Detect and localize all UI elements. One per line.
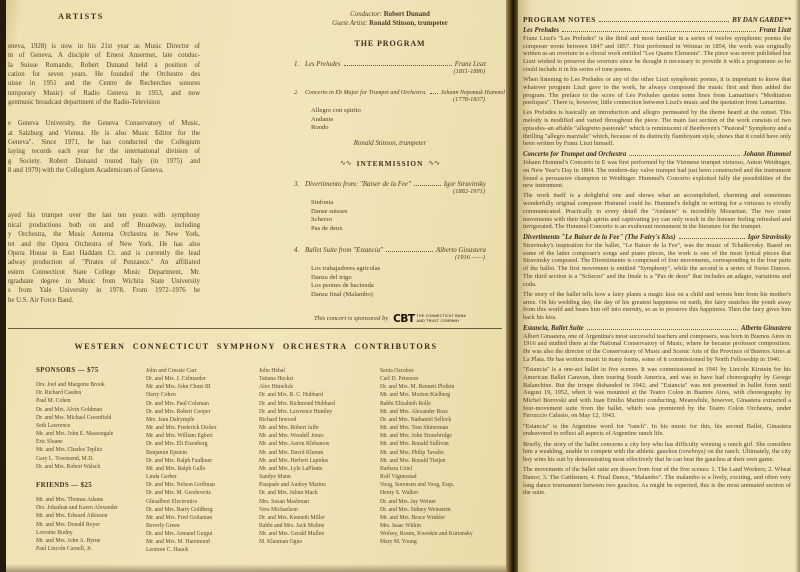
note-paragraph: "Estancia" is a one-act ballet in five s… bbox=[523, 366, 791, 420]
contributors-title: WESTERN CONNECTICUT SYMPHONY ORCHESTRA C… bbox=[6, 342, 506, 351]
conductor-name: Robert Dunand bbox=[384, 11, 430, 18]
item-4-movements: Los trabajadores agricolasDanza del trig… bbox=[311, 265, 486, 299]
note-paragraph: When listening to Les Preludes or any of… bbox=[523, 76, 791, 107]
contributor-name: Mr. and Mrs. Wendell Jones bbox=[259, 432, 371, 440]
item-title: Divertimento from: "Baiser de la Fee" bbox=[305, 181, 411, 188]
contributor-name: Mr. and Mrs. Fred Goitanian bbox=[146, 514, 250, 522]
item-composer: Franz Liszt bbox=[455, 61, 486, 68]
program-notes-title: PROGRAM NOTES bbox=[523, 15, 596, 24]
contributor-name: Harry Cohen bbox=[146, 391, 250, 399]
intermission-label: INTERMISSION bbox=[357, 159, 424, 168]
contributor-name: John and Cressie Carr bbox=[146, 367, 250, 375]
contributor-name: Rolf Vigmostad bbox=[380, 473, 508, 481]
item-composer: Alberto Ginastera bbox=[436, 247, 486, 254]
dotted-leader bbox=[679, 238, 745, 239]
dotted-leader bbox=[414, 185, 441, 186]
artists-text-line: at Salzburg and Vienna. He is also Music… bbox=[8, 129, 200, 138]
item-3-movements: SinfoniaDanse suissesScherzoPas de deux bbox=[311, 199, 486, 233]
note-paragraph: Johann Hummel's Concerto in E was first … bbox=[523, 159, 791, 190]
artists-text-line: tet and the Opera Orchestra of New York.… bbox=[8, 240, 200, 249]
artists-text-line: cation for seven years. He founded the O… bbox=[8, 70, 200, 79]
artists-text-line: Opera House in East Haddam Ct. and is cu… bbox=[8, 249, 200, 258]
program-notes-header: PROGRAM NOTES BY DAN GARDE** bbox=[523, 15, 791, 24]
contributor-name: Sandye Mann bbox=[259, 473, 371, 481]
intermission-line: ∿∿ INTERMISSION ∿∿ bbox=[294, 159, 486, 168]
note-paragraph: Les Preludes is basically an introductio… bbox=[523, 109, 791, 148]
contributor-name: Rabbi Elizabeth Rolle bbox=[380, 400, 508, 408]
contributor-name: Leonore C. Hauck bbox=[146, 546, 250, 554]
dotted-leader bbox=[629, 155, 740, 156]
contributor-name: Richard Inwood bbox=[259, 416, 371, 424]
note-paragraphs: Albert Ginastera, one of Argentina's mos… bbox=[523, 333, 791, 497]
dotted-leader bbox=[562, 31, 756, 32]
composer-dates: (1916 ——) bbox=[294, 254, 486, 263]
movement-line: Scherzo bbox=[311, 216, 486, 225]
contributor-name: Dr. and Mrs. Nelson Goffman bbox=[146, 481, 250, 489]
sponsors-list: Drs. Joel and Margorie BrookDr. Richard … bbox=[36, 381, 137, 471]
contributor-name: Dr. and Mrs. Kenneth Miller bbox=[259, 514, 371, 522]
contributor-name: Dr. and Mrs. Sidney Weinstein bbox=[380, 506, 508, 514]
artists-paragraph-3: ayed his trumpet over the last ten years… bbox=[6, 211, 200, 304]
program-item-3: 3. Divertimento from: "Baiser de la Fee"… bbox=[294, 181, 486, 188]
artists-section: ARTISTS eneva, 1928) is now in his 21st … bbox=[6, 12, 200, 305]
note-paragraph: Franz Liszt's "Les Preludes" is the thir… bbox=[523, 35, 791, 74]
contributor-name: Benjamin Epstein bbox=[146, 449, 250, 457]
contributor-name: Mr. and Mrs. John Strawbridge bbox=[380, 432, 508, 440]
contributor-name: Mr. and Mrs. David Klemm bbox=[259, 449, 371, 457]
dotted-leader bbox=[599, 21, 729, 22]
note-heading-row: Estancia, Ballet Suite Alberto Ginastera bbox=[523, 325, 791, 332]
cbt-logo-subtext-line: AND TRUST COMPANY bbox=[417, 319, 467, 323]
program-notes-section: PROGRAM NOTES BY DAN GARDE** Les Prelude… bbox=[518, 0, 800, 572]
movement-line: Los trabajadores agricolas bbox=[311, 265, 486, 274]
item-number: 4. bbox=[294, 247, 305, 254]
contributor-name: Drs. Joel and Margorie Brook bbox=[36, 381, 137, 389]
flourish-icon: ∿∿ bbox=[340, 159, 352, 167]
note-heading-row: Divertimento "Le Baiser de la Fee" (The … bbox=[523, 234, 791, 241]
contributor-name: Dr. and Mrs. Armand Guigui bbox=[146, 530, 250, 538]
contributor-name: Pasquale and Audrey Marino bbox=[259, 481, 371, 489]
composer-dates: (1778-1837) bbox=[294, 96, 486, 105]
item-composer: Johann Nepomuk Hummel bbox=[441, 90, 505, 96]
contributor-name: Ghisalbert Electronics bbox=[146, 498, 250, 506]
movement-line: Danse suisses bbox=[311, 208, 486, 217]
program-item-1: 1. Les Preludes Franz Liszt bbox=[294, 61, 486, 68]
contributor-name: Mr. and Mrs. Gerald Mullen bbox=[259, 530, 371, 538]
soloist-line: Ronald Stinson, trumpeter bbox=[294, 140, 486, 147]
contributor-name: Dr. and Mrs. M. Bennett Plotkin bbox=[380, 383, 508, 391]
contributor-name: Eric Sloane bbox=[36, 438, 137, 446]
friends-heading: FRIENDS — $25 bbox=[36, 482, 137, 490]
contributor-name: Paul Lincoln Carnell, Jr. bbox=[36, 545, 137, 553]
note-paragraph: Stravinsky's inspiration for the ballet,… bbox=[523, 242, 791, 288]
note-section-divertimento: Divertimento "Le Baiser de la Fee" (The … bbox=[523, 234, 791, 322]
guest-artist-line: Guest Artist: Ronald Stinson, trumpeter bbox=[294, 19, 486, 28]
friends-list: Mr. and Mrs. Thomas AdamsDrs. Johathan a… bbox=[36, 496, 137, 553]
contributors-column-4: Senta OzrubosCarl D. PetersonDr. and Mrs… bbox=[380, 367, 508, 555]
sponsor-text: This concert is sponsored by bbox=[314, 315, 388, 322]
program-title: THE PROGRAM bbox=[294, 39, 486, 48]
item-title: Les Preludes bbox=[305, 61, 341, 68]
contributor-name: Dr. and Mrs. Alvin Goldman bbox=[36, 406, 137, 414]
item-title: Ballet Suite from "Estancia" bbox=[305, 247, 383, 254]
note-section-les-preludes: Les Preludes Franz Liszt Franz Liszt's "… bbox=[523, 27, 791, 148]
movement-line: Pas de deux bbox=[311, 225, 486, 234]
contributor-name: Mr. and Mrs. Bruce Winkler bbox=[380, 514, 508, 522]
contributor-name: Mr. and Mrs. Edward Atkinson bbox=[36, 512, 137, 520]
cbt-logo-icon: CBT bbox=[393, 313, 414, 325]
note-heading: Estancia, Ballet Suite bbox=[523, 325, 584, 332]
note-composer: Igor Stravinsky bbox=[748, 234, 791, 241]
contributor-name: Dr. and Mrs. Lawrence Huntley bbox=[259, 408, 371, 416]
contributor-name: Dr. Richard Casden bbox=[36, 389, 137, 397]
movement-line: Danza del trigo bbox=[311, 274, 486, 283]
contributor-name: Mr. and Mrs. Donald Royer bbox=[36, 521, 137, 529]
contributor-name: Dr. and Mrs. Eli Eisenberg bbox=[146, 440, 250, 448]
movement-line: Allegro con spirito bbox=[311, 107, 486, 116]
contributor-name: Mary M. Young bbox=[380, 538, 508, 546]
artists-text-line: rgraduate degree in Music from Wichita S… bbox=[8, 277, 200, 286]
left-page: ARTISTS eneva, 1928) is now in his 21st … bbox=[6, 0, 506, 572]
contributor-name: Dr. and Mrs. Michael Greenfield bbox=[36, 414, 137, 422]
contributor-name: Tatiana Heckst bbox=[259, 375, 371, 383]
contributor-name: Mr. and Mrs. Ronald Tietjen bbox=[380, 457, 508, 465]
contributor-name: Wofsey, Rosen, Kweskin and Kuriansky bbox=[380, 530, 508, 538]
guest-artist-name: Ronald Stinson, trumpeter bbox=[369, 20, 448, 27]
contributor-name: Mr. and Mrs. Charles Teplitz bbox=[36, 446, 137, 454]
contributor-name: Mr. and Mrs. Lyle LaPlante bbox=[259, 465, 371, 473]
movement-line: Rondo bbox=[311, 124, 486, 133]
contributor-name: Vera Michaelson bbox=[259, 506, 371, 514]
contributor-name: Dr. and Mrs. Paul Coleman bbox=[146, 400, 250, 408]
guest-artist-label: Guest Artist: bbox=[332, 20, 367, 27]
contributor-name: Dr. and Mrs. Jay Weiner bbox=[380, 498, 508, 506]
artists-text-line: genmusic broadcast department of the Rad… bbox=[8, 98, 200, 107]
artists-text-line: s from Yale University in 1978. From 197… bbox=[8, 286, 200, 295]
artists-text-line: g Society. Robert Dunand toured Italy (i… bbox=[8, 157, 200, 166]
contributor-name: Gary L. Townsend, M.D. bbox=[36, 455, 137, 463]
contributor-name: Seth Lawrence bbox=[36, 422, 137, 430]
contributor-name: Mr. and Mrs. John A. Byrne bbox=[36, 537, 137, 545]
contributor-name: Beverly Green bbox=[146, 522, 250, 530]
contributor-name: Mr. and Mrs. John Chute III bbox=[146, 383, 250, 391]
note-heading: Divertimento "Le Baiser de la Fee" (The … bbox=[523, 234, 676, 241]
contributors-columns: SPONSORS — $75 Drs. Joel and Margorie Br… bbox=[36, 367, 508, 555]
contributors-column-1: SPONSORS — $75 Drs. Joel and Margorie Br… bbox=[36, 367, 137, 555]
composer-dates: (1811-1886) bbox=[294, 68, 486, 77]
contributor-name: Mr. and Mrs. Alexander Ross bbox=[380, 408, 508, 416]
artists-text-line: e Geneva University, the Geneva Conserva… bbox=[8, 119, 200, 128]
cbt-logo-subtext: THE CONNECTICUT BANKAND TRUST COMPANY bbox=[417, 314, 467, 322]
contributor-name: Dr. and Mrs. R. C. Hubbard bbox=[259, 391, 371, 399]
contributor-name: Carl D. Peterson bbox=[380, 375, 508, 383]
contributor-name: Mr. and Mrs. Thomas Adams bbox=[36, 496, 137, 504]
composer-dates: (1882-1971) bbox=[294, 188, 486, 197]
contributor-name: Mr. and Mrs. Tom Shinerman bbox=[380, 424, 508, 432]
artists-paragraph-2: e Geneva University, the Geneva Conserva… bbox=[6, 119, 200, 175]
contributor-name: Linda Gerber bbox=[146, 473, 250, 481]
cbt-bank-logo: CBT THE CONNECTICUT BANKAND TRUST COMPAN… bbox=[393, 313, 466, 325]
note-heading-row: Les Preludes Franz Liszt bbox=[523, 27, 791, 34]
conductor-line: Conductor: Robert Dunand bbox=[294, 10, 486, 19]
flourish-icon: ∿∿ bbox=[428, 159, 440, 167]
note-paragraph: The movements of the ballet suite are dr… bbox=[523, 466, 791, 497]
note-composer: Alberto Ginastera bbox=[741, 325, 791, 332]
movement-line: Sinfonia bbox=[311, 199, 486, 208]
contributor-name: Dr. and Mrs. Robert Walsch bbox=[36, 463, 137, 471]
artists-text-line: uisse in 1951 and the Centre de Recherch… bbox=[8, 79, 200, 88]
contributor-name: Dr. and Mrs. M. Gershowitz bbox=[146, 489, 250, 497]
program-item-2: 2. Concerto in Eb Major for Trumpet and … bbox=[294, 90, 486, 96]
contributor-name: Mr. and Mrs. Aaron Klebanow bbox=[259, 440, 371, 448]
program-item-4: 4. Ballet Suite from "Estancia" Alberto … bbox=[294, 247, 486, 254]
note-paragraph: "Estancia" is the Argentine word for "ra… bbox=[523, 423, 791, 438]
contributor-name: Senta Ozrubos bbox=[380, 367, 508, 375]
artists-text-line: y Orchestra, the Music Aeterna Orchestra… bbox=[8, 230, 200, 239]
artists-text-line: laying records each year for the interna… bbox=[8, 147, 200, 156]
item-number: 2. bbox=[294, 90, 305, 96]
contributor-name: Mr. and Mrs. Herbert Lapidus bbox=[259, 457, 371, 465]
item-2-movements: Allegro con spiritoAndanteRondo bbox=[311, 107, 486, 133]
contributors-column-2: John and Cressie CarrDr. and Mrs. J. Cel… bbox=[146, 367, 250, 555]
contributor-name: Rabbi and Mrs. Jack Moline bbox=[259, 522, 371, 530]
artists-text-line: eneva, 1928) is now in his 21st year as … bbox=[8, 42, 200, 51]
conductor-label: Conductor: bbox=[350, 11, 382, 18]
contributor-name: Lorraine Budny bbox=[36, 529, 137, 537]
contributor-name: Mr. and Mrs. Robert Jaffe bbox=[259, 424, 371, 432]
contributor-name: Dr. and Mrs. Nathaniel Selleck bbox=[380, 416, 508, 424]
dotted-leader bbox=[587, 329, 738, 330]
program-section: Conductor: Robert Dunand Guest Artist: R… bbox=[294, 10, 486, 325]
contributor-name: Alex Himelick bbox=[259, 383, 371, 391]
contributor-name: Voog, Sorensen and Voog, Esqs. bbox=[380, 481, 508, 489]
page-gutter-shadow bbox=[506, 0, 518, 572]
contributor-name: Dr. and Mrs. Ralph Faulkner bbox=[146, 457, 250, 465]
contributor-name: Mr. and Mrs. Ronald Sullivan bbox=[380, 440, 508, 448]
contributor-name: Barbara Uziel bbox=[380, 465, 508, 473]
note-paragraph: Briefly, the story of the ballet concern… bbox=[523, 441, 791, 464]
contributor-name: Dr. and Mrs. J. Celmarder bbox=[146, 375, 250, 383]
item-number: 1. bbox=[294, 61, 305, 68]
movement-line: Danza final (Malambo) bbox=[311, 291, 486, 300]
contributor-name: Henry S. Walker bbox=[380, 489, 508, 497]
contributor-name: Mr. and Mrs. Morton Kielberg bbox=[380, 391, 508, 399]
contributor-name: Mrs. Susan Mashman bbox=[259, 498, 371, 506]
contributor-name: Dr. and Mrs. Robert Cooper bbox=[146, 408, 250, 416]
artists-title: ARTISTS bbox=[58, 12, 200, 21]
dotted-leader bbox=[386, 251, 433, 252]
artists-text-line: adway production of "Pirates of Penzance… bbox=[8, 258, 200, 267]
note-heading: Concerto for Trumpet and Orchestra bbox=[523, 151, 626, 158]
contributor-name: Dr. and Mrs. Barry Goldberg bbox=[146, 506, 250, 514]
artists-text-line: la Suisse Romande, Robert Dunand held a … bbox=[8, 61, 200, 70]
sponsors-heading: SPONSORS — $75 bbox=[36, 367, 137, 375]
note-section-estancia: Estancia, Ballet Suite Alberto Ginastera… bbox=[523, 325, 791, 497]
note-composer: Johann Hummel bbox=[743, 151, 791, 158]
item-number: 3. bbox=[294, 181, 305, 188]
item-composer: Igor Stravinsky bbox=[444, 181, 486, 188]
note-paragraph: The work itself is a delightful one and … bbox=[523, 192, 791, 231]
contributor-name: Drs. Johathan and Karen Alexander bbox=[36, 504, 137, 512]
contributor-name: Mrs. Jean Dalrymple bbox=[146, 416, 250, 424]
contributor-name: Mr. and Mrs. Frederick Dicker bbox=[146, 424, 250, 432]
note-heading-row: Concerto for Trumpet and Orchestra Johan… bbox=[523, 151, 791, 158]
movement-line: Los peones de hacienda bbox=[311, 282, 486, 291]
contributor-name: M. Klauman Ogno bbox=[259, 538, 371, 546]
artists-text-line: 8 and 1979) with the Collegium Academicu… bbox=[8, 166, 200, 175]
artists-text-line: m of Geneva. A disciple of Ernest Anserm… bbox=[8, 51, 200, 60]
dotted-leader bbox=[344, 65, 452, 66]
contributor-name: Mr. and Mrs. William Egbert bbox=[146, 432, 250, 440]
contributor-name: Mr. and Mrs. M. Hammond bbox=[146, 538, 250, 546]
contributors-column-3: John HebalTatiana HeckstAlex HimelickDr.… bbox=[259, 367, 371, 555]
contributor-name: John Hebal bbox=[259, 367, 371, 375]
contributor-name: Paul M. Cohen bbox=[36, 397, 137, 405]
note-paragraphs: Stravinsky's inspiration for the ballet,… bbox=[523, 242, 791, 322]
artists-text-line: temporary Music) of Radio Geneva in 1953… bbox=[8, 89, 200, 98]
note-paragraph: The story of the ballet tells how a fair… bbox=[523, 291, 791, 322]
note-paragraphs: Franz Liszt's "Les Preludes" is the thir… bbox=[523, 35, 791, 148]
contributor-name: Mr. and Mrs. Ralph Gallo bbox=[146, 465, 250, 473]
artists-text-line: he U.S. Air Force Band. bbox=[8, 296, 200, 305]
right-page: PROGRAM NOTES BY DAN GARDE** Les Prelude… bbox=[518, 0, 800, 572]
contributor-name: Mr. and Mrs. Philip Tavalin bbox=[380, 449, 508, 457]
artists-text-line: ayed his trumpet over the last ten years… bbox=[8, 211, 200, 220]
artists-text-line: estern Connecticut State College Music D… bbox=[8, 268, 200, 277]
divider-rule bbox=[8, 328, 502, 329]
artists-text-line: nical productions both on and off Broadw… bbox=[8, 221, 200, 230]
contributor-name: Dr. and Mrs. Julian Mack bbox=[259, 489, 371, 497]
note-section-trumpet-concerto: Concerto for Trumpet and Orchestra Johan… bbox=[523, 151, 791, 231]
note-paragraphs: Johann Hummel's Concerto in E was first … bbox=[523, 159, 791, 231]
contributor-name: Mrs. Isaac Witkin bbox=[380, 522, 508, 530]
note-paragraph: Albert Ginastera, one of Argentina's mos… bbox=[523, 333, 791, 364]
contributor-name: Mr. and Mrs. John E. Massengale bbox=[36, 430, 137, 438]
item-title: Concerto in Eb Major for Trumpet and Orc… bbox=[305, 90, 427, 96]
artists-text-line: Geneva". Since 1971, he has conducted th… bbox=[8, 138, 200, 147]
note-heading: Les Preludes bbox=[523, 27, 559, 34]
dotted-leader bbox=[430, 93, 438, 94]
artists-paragraph-1: eneva, 1928) is now in his 21st year as … bbox=[6, 42, 200, 107]
contributor-name: Dr. and Mrs. Richmond Hubbard bbox=[259, 400, 371, 408]
movement-line: Andante bbox=[311, 116, 486, 125]
note-composer: Franz Liszt bbox=[759, 27, 791, 34]
sponsor-line: This concert is sponsored by CBT THE CON… bbox=[294, 313, 486, 325]
program-notes-byline: BY DAN GARDE** bbox=[732, 16, 791, 24]
